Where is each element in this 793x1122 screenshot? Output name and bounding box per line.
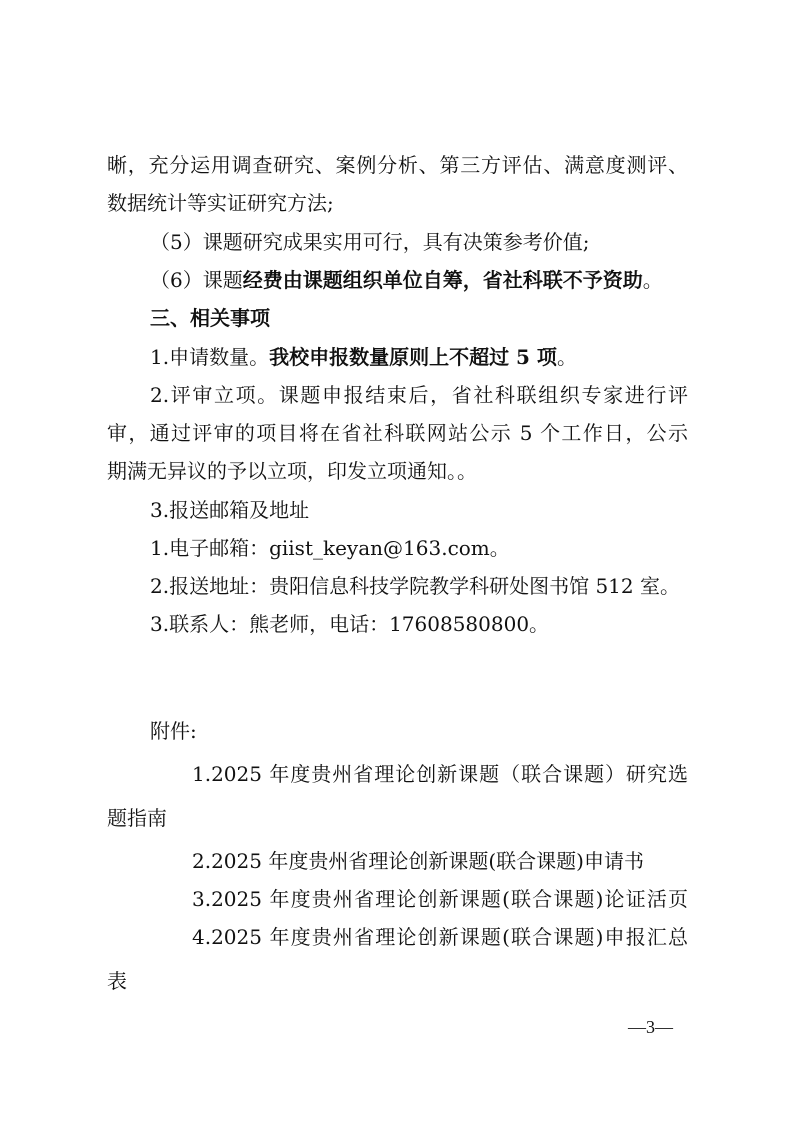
contact-line: 3.联系人：熊老师，电话：17608580800。 bbox=[150, 612, 688, 636]
item-review-line-1: 2.评审立项。课题申报结束后，省社科联组织专家进行评 bbox=[150, 383, 688, 407]
criterion-6-prefix: （6）课题 bbox=[150, 268, 243, 292]
section-heading: 三、相关事项 bbox=[150, 306, 688, 330]
item-1-prefix: 1.申请数量。 bbox=[150, 345, 269, 369]
item-review-line-3: 期满无异议的予以立项，印发立项通知。。 bbox=[107, 459, 688, 483]
attachments-label: 附件: bbox=[150, 719, 688, 743]
body-text-line: 数据统计等实证研究方法; bbox=[107, 191, 688, 215]
item-submission: 3.报送邮箱及地址 bbox=[150, 498, 688, 522]
quantity-limit-bold: 我校申报数量原则上不超过 5 项 bbox=[269, 345, 557, 369]
attachment-4-line-1: 4.2025 年度贵州省理论创新课题(联合课题)申报汇总 bbox=[192, 925, 688, 949]
criterion-5: （5）课题研究成果实用可行，具有决策参考价值; bbox=[150, 230, 688, 254]
email-line: 1.电子邮箱：giist_keyan@163.com。 bbox=[150, 536, 688, 560]
body-text-line: 晰，充分运用调查研究、案例分析、第三方评估、满意度测评、 bbox=[107, 153, 688, 177]
attachment-1-line-1: 1.2025 年度贵州省理论创新课题（联合课题）研究选 bbox=[192, 762, 688, 786]
document-page: 晰，充分运用调查研究、案例分析、第三方评估、满意度测评、 数据统计等实证研究方法… bbox=[0, 0, 793, 1122]
address-line: 2.报送地址：贵阳信息科技学院教学科研处图书馆 512 室。 bbox=[150, 574, 688, 598]
attachment-4-line-2: 表 bbox=[107, 969, 688, 993]
item-application-quantity: 1.申请数量。我校申报数量原则上不超过 5 项。 bbox=[150, 345, 688, 369]
attachment-1-line-2: 题指南 bbox=[107, 806, 688, 830]
item-review-line-2: 审，通过评审的项目将在省社科联网站公示 5 个工作日，公示 bbox=[107, 421, 688, 445]
item-1-suffix: 。 bbox=[557, 345, 577, 369]
attachment-2: 2.2025 年度贵州省理论创新课题(联合课题)申请书 bbox=[192, 849, 688, 873]
criterion-6: （6）课题经费由课题组织单位自筹，省社科联不予资助。 bbox=[150, 268, 688, 292]
criterion-6-suffix: 。 bbox=[643, 268, 663, 292]
funding-notice-bold: 经费由课题组织单位自筹，省社科联不予资助 bbox=[243, 268, 643, 292]
attachment-3: 3.2025 年度贵州省理论创新课题(联合课题)论证活页 bbox=[192, 887, 688, 911]
page-number: —3— bbox=[628, 1015, 673, 1039]
